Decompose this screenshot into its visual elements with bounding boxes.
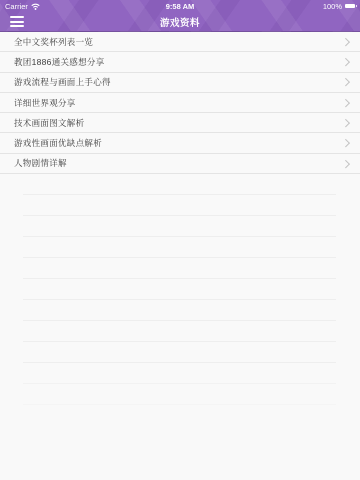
chevron-right-icon: [341, 139, 349, 147]
article-list: 全中文奖杯列表一览 教团1886通关感想分享 游戏流程与画面上手心得 详细世界观…: [0, 32, 360, 174]
empty-row-separator: [23, 174, 336, 195]
empty-table-rows: [0, 174, 360, 426]
battery-icon: [345, 4, 355, 9]
hamburger-bar: [10, 25, 24, 27]
list-item[interactable]: 技术画面图文解析: [0, 113, 360, 133]
chevron-right-icon: [341, 38, 349, 46]
status-bar: Carrier 9:58 AM 100%: [0, 0, 360, 12]
chevron-right-icon: [341, 78, 349, 86]
list-item-label: 全中文奖杯列表一览: [14, 36, 93, 48]
battery-percent-label: 100%: [323, 2, 342, 11]
page-title: 游戏资料: [0, 15, 360, 29]
hamburger-bar: [10, 16, 24, 18]
list-item-label: 技术画面图文解析: [14, 117, 84, 129]
app-screen: Carrier 9:58 AM 100%: [0, 0, 360, 480]
empty-row-separator: [23, 258, 336, 279]
chevron-right-icon: [341, 119, 349, 127]
list-item[interactable]: 游戏流程与画面上手心得: [0, 73, 360, 93]
list-item[interactable]: 全中文奖杯列表一览: [0, 32, 360, 52]
list-item-label: 教团1886通关感想分享: [14, 56, 105, 68]
empty-row-separator: [23, 342, 336, 363]
chevron-right-icon: [341, 160, 349, 168]
list-item[interactable]: 详细世界观分享: [0, 93, 360, 113]
list-item-label: 人物剧情详解: [14, 157, 67, 169]
list-item[interactable]: 教团1886通关感想分享: [0, 52, 360, 72]
empty-row-separator: [23, 384, 336, 405]
empty-row-separator: [23, 300, 336, 321]
chevron-right-icon: [341, 99, 349, 107]
empty-row-separator: [23, 363, 336, 384]
empty-row-separator: [23, 237, 336, 258]
list-item-label: 详细世界观分享: [14, 97, 76, 109]
hamburger-menu-button[interactable]: [10, 16, 24, 27]
list-item-label: 游戏性画面优缺点解析: [14, 137, 102, 149]
empty-row-separator: [23, 195, 336, 216]
list-item[interactable]: 游戏性画面优缺点解析: [0, 133, 360, 153]
app-header: Carrier 9:58 AM 100%: [0, 0, 360, 32]
empty-row-separator: [23, 279, 336, 300]
clock-label: 9:58 AM: [0, 2, 360, 11]
status-right: 100%: [323, 2, 355, 11]
list-item-label: 游戏流程与画面上手心得: [14, 76, 111, 88]
list-item[interactable]: 人物剧情详解: [0, 154, 360, 174]
empty-row-separator: [23, 321, 336, 342]
nav-bar: 游戏资料: [0, 12, 360, 31]
empty-row-separator: [23, 405, 336, 426]
chevron-right-icon: [341, 58, 349, 66]
hamburger-bar: [10, 21, 24, 23]
empty-row-separator: [23, 216, 336, 237]
